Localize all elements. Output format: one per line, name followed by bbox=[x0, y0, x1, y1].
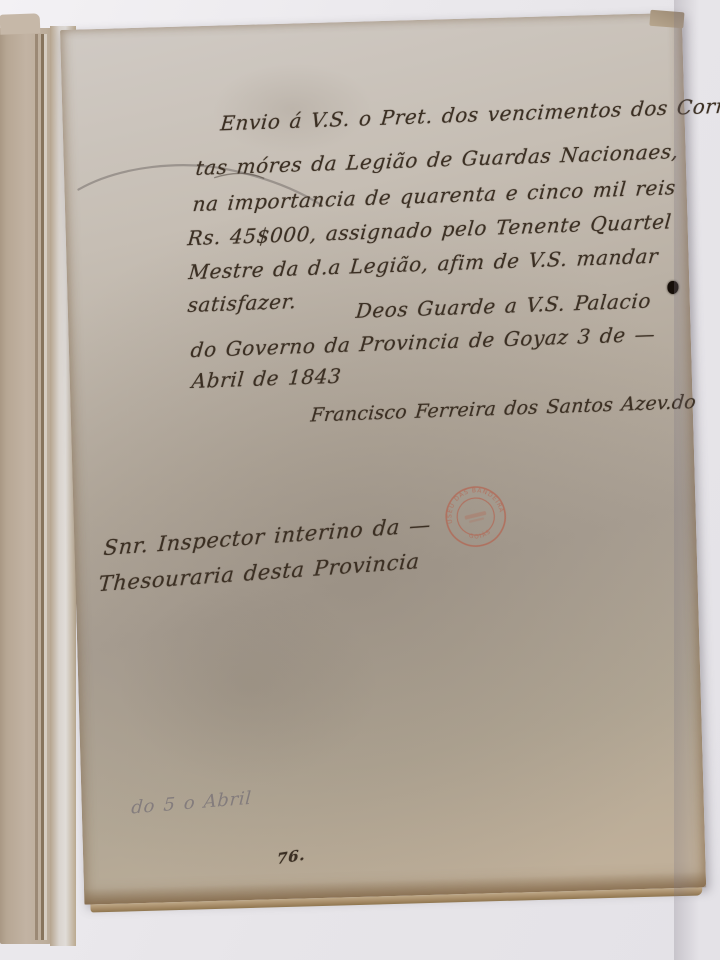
closing-line: Deos Guarde a V.S. Palacio bbox=[355, 289, 652, 323]
page-edge-step bbox=[0, 13, 40, 34]
ink-mark: 76. bbox=[277, 846, 305, 869]
document-page: Envio á V.S. o Pret. dos vencimentos dos… bbox=[60, 13, 706, 905]
svg-text:MUSEU DAS BANDEIRAS: MUSEU DAS BANDEIRAS bbox=[437, 478, 505, 527]
stamp-ring-text: MUSEU DAS BANDEIRAS bbox=[437, 478, 505, 527]
stamp-ring-text-bottom: GOIÁS bbox=[467, 528, 494, 543]
paper-stain bbox=[116, 581, 381, 788]
photo-background: Envio á V.S. o Pret. dos vencimentos dos… bbox=[0, 0, 720, 960]
museum-stamp-icon: MUSEU DAS BANDEIRAS GOIÁS bbox=[437, 478, 514, 555]
signature: Francisco Ferreira dos Santos Azev.do bbox=[310, 391, 697, 427]
closing-line: do Governo da Provincia de Goyaz 3 de — bbox=[190, 322, 657, 362]
closing-line: Abril de 1843 bbox=[191, 364, 343, 393]
handwritten-line: Mestre da d.a Legião, afim de V.S. manda… bbox=[188, 244, 660, 284]
page-shadow bbox=[674, 0, 720, 960]
pencil-note: do 5 o Abril bbox=[131, 788, 252, 819]
svg-text:GOIÁS: GOIÁS bbox=[467, 528, 494, 543]
handwritten-line: satisfazer. bbox=[187, 289, 298, 317]
